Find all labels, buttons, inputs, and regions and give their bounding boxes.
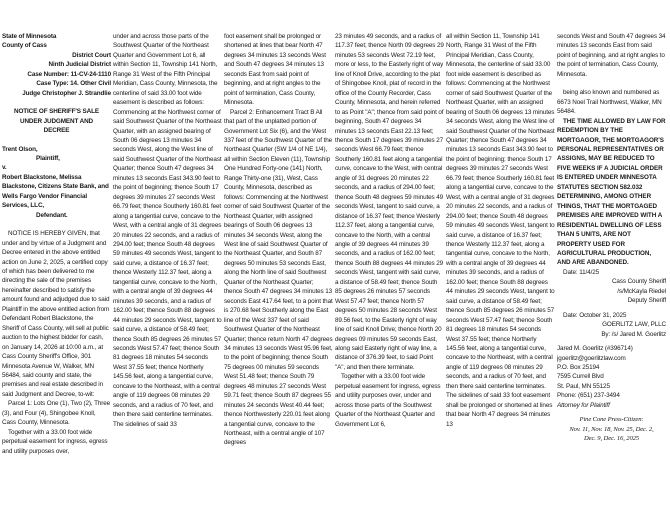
law-firm: GOERLITZ LAW, PLLC bbox=[557, 320, 666, 329]
column-4: 23 minutes 49 seconds, and a radius of 1… bbox=[335, 32, 444, 512]
easement-1-end: foot easement shall be prolonged or shor… bbox=[224, 32, 333, 108]
attorney-email: jgoerlitz@goerlitzlaw.com bbox=[557, 354, 666, 363]
notice-title-line1: NOTICE OF SHERIFF'S SALE bbox=[2, 107, 111, 116]
attorney-po-box: P.O. Box 25194 bbox=[557, 363, 666, 372]
redemption-notice: THE TIME ALLOWED BY LAW FOR REDEMPTION B… bbox=[557, 117, 666, 268]
easement-1-description: under and across those parts of the Sout… bbox=[113, 32, 222, 429]
caption-case-type: Case Type: 14. Other Civil bbox=[2, 79, 111, 88]
column-5: all within Section 11, Township 141 Nort… bbox=[446, 32, 555, 512]
parcel-2-continued: 23 minutes 49 seconds, and a radius of 1… bbox=[335, 32, 444, 372]
sheriff-office: Cass County Sheriff bbox=[557, 277, 666, 286]
column-1: State of Minnesota County of Cass Distri… bbox=[2, 32, 111, 512]
column-3: foot easement shall be prolonged or shor… bbox=[224, 32, 333, 512]
plaintiff-name: Trent Olson, bbox=[2, 145, 111, 154]
caption-court: District Court bbox=[2, 51, 111, 60]
parcel-1: Parcel 1: Lots One (1), Two (2), Three (… bbox=[2, 399, 111, 427]
easement-2-start: Together with a 33.00 foot wide perpetua… bbox=[335, 372, 444, 429]
publication-paper: Pine Cone Press-Citizen: bbox=[557, 415, 666, 424]
caption-state: State of Minnesota bbox=[2, 32, 111, 41]
notice-title-line2: UNDER JUDGMENT AND bbox=[2, 117, 111, 126]
attorney-name: Jared M. Goerlitz (#396714) bbox=[557, 344, 666, 353]
easement-2-end: seconds West and South 47 degrees 34 min… bbox=[557, 32, 666, 79]
sheriff-signature: /s/McKayla Riedel bbox=[557, 287, 666, 296]
legal-notice-page: State of Minnesota County of Cass Distri… bbox=[2, 32, 668, 512]
caption-case-number: Case Number: 11-CV-24-1110 bbox=[2, 70, 111, 79]
attorney-phone: Phone: (651) 237-3494 bbox=[557, 391, 666, 400]
sheriff-date: Date: 11/4/25 bbox=[557, 268, 666, 277]
caption-judge: Judge Christopher J. Strandlie bbox=[2, 89, 111, 98]
plaintiff-label: Plaintiff, bbox=[2, 154, 111, 163]
versus: v. bbox=[2, 163, 111, 172]
easement-1-start: Together with a 33.00 foot wide perpetua… bbox=[2, 428, 111, 456]
attorney-street: 7595 Currell Blvd bbox=[557, 372, 666, 381]
caption-county: County of Cass bbox=[2, 41, 111, 50]
attorney-role: Attorney for Plaintiff bbox=[557, 401, 666, 410]
column-2: under and across those parts of the Sout… bbox=[113, 32, 222, 512]
defendant-label: Defendant. bbox=[2, 211, 111, 220]
publication-dates-2: Dec. 9, Dec. 16, 2025 bbox=[557, 434, 666, 443]
sheriff-title: Deputy Sheriff bbox=[557, 296, 666, 305]
caption-district: Ninth Judicial District bbox=[2, 60, 111, 69]
property-address: being also known and numbered as 6673 No… bbox=[557, 88, 666, 116]
notice-paragraph: NOTICE IS HEREBY GIVEN, that under and b… bbox=[2, 229, 111, 399]
publication-dates-1: Nov. 11, Nov. 18, Nov. 25, Dec. 2, bbox=[557, 425, 666, 434]
easement-2-description: all within Section 11, Township 141 Nort… bbox=[446, 32, 555, 429]
column-6: seconds West and South 47 degrees 34 min… bbox=[557, 32, 666, 512]
attorney-signature: By: /s/ Jared M. Goerlitz bbox=[557, 330, 666, 339]
defendants: Robert Blackstone, Melissa Blackstone, C… bbox=[2, 173, 111, 211]
attorney-city: St. Paul, MN 55125 bbox=[557, 382, 666, 391]
parcel-2: Parcel 2: Enhancement Tract B All that p… bbox=[224, 108, 333, 448]
notice-title-line3: DECREE bbox=[2, 126, 111, 135]
attorney-date: Date: October 31, 2025 bbox=[557, 311, 666, 320]
